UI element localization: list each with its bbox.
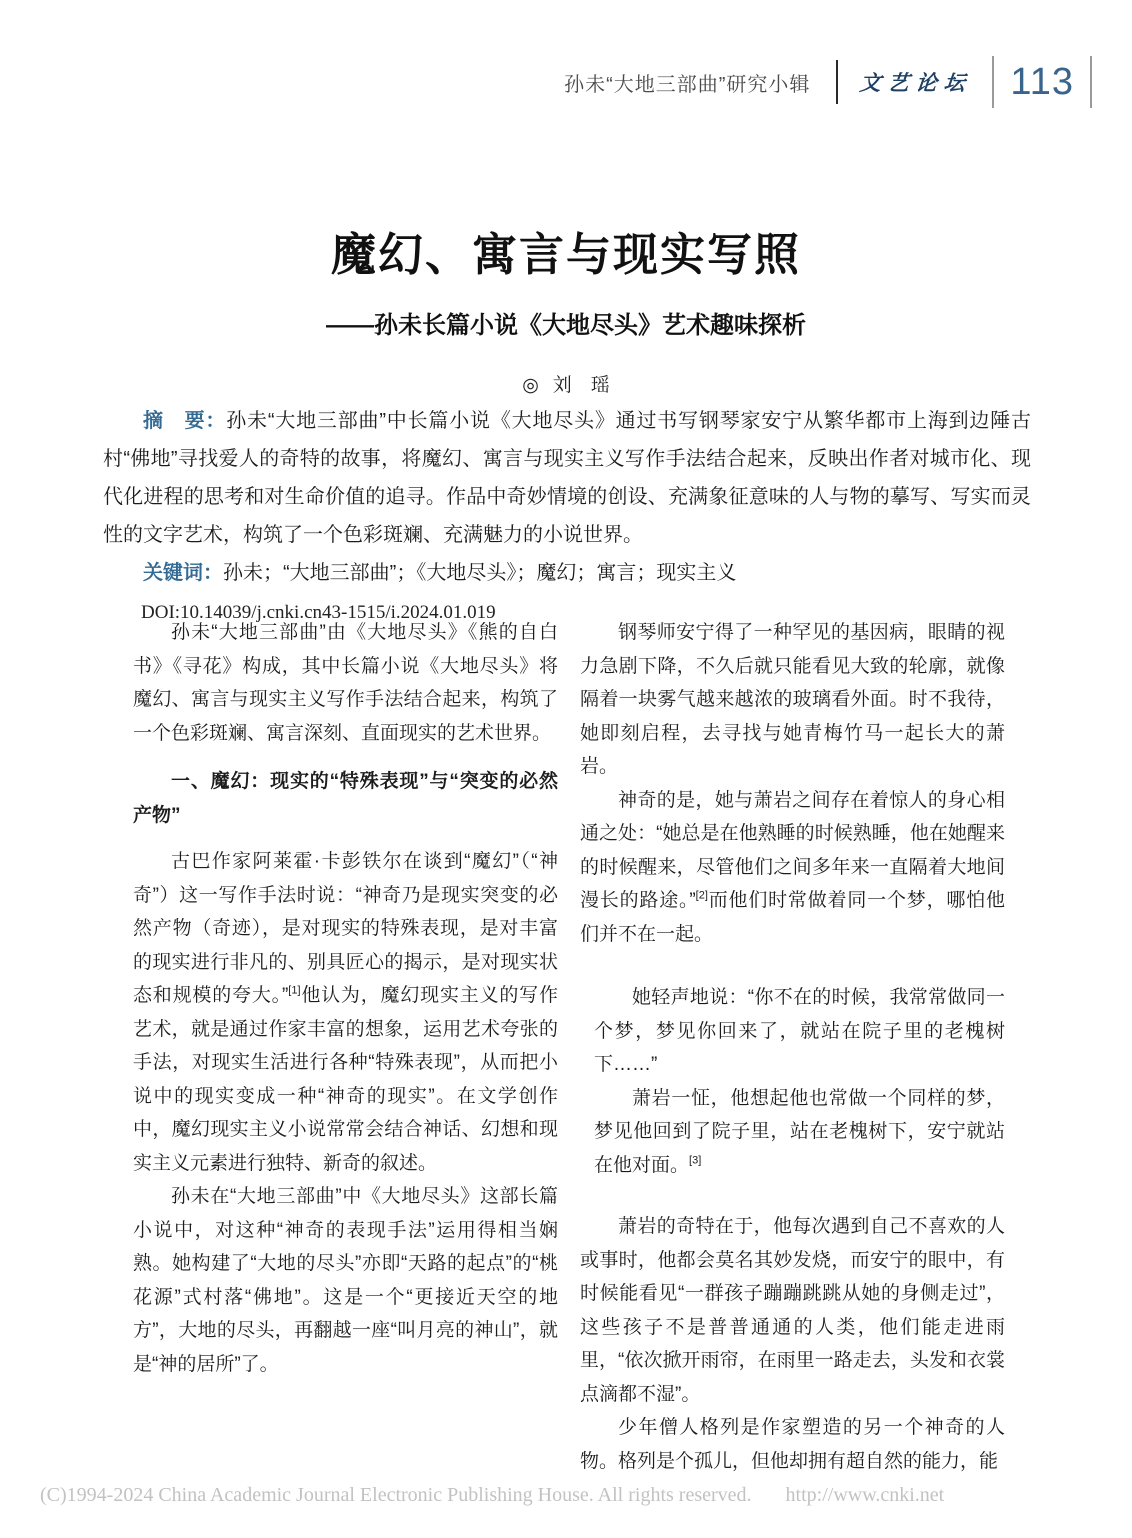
copyright-footer: (C)1994-2024 China Academic Journal Elec…	[40, 1484, 1100, 1507]
right-column: 钢琴师安宁得了一种罕见的基因病，眼睛的视力急剧下降，不久后就只能看见大致的轮廓，…	[580, 616, 1005, 1478]
paragraph-text: 萧岩一怔，他想起他也常做一个同样的梦，梦见他回到了院子里，站在老槐树下，安宁就站…	[594, 1088, 1005, 1176]
abstract-label: 摘 要：	[143, 410, 226, 432]
page-number: 113	[1010, 61, 1074, 104]
author-mark-icon: ◎	[522, 375, 539, 396]
abstract-text: 孙未“大地三部曲”中长篇小说《大地尽头》通过书写钢琴家安宁从繁华都市上海到边陲古…	[103, 410, 1031, 546]
left-column: 孙未“大地三部曲”由《大地尽头》《熊的自白书》《寻花》构成，其中长篇小说《大地尽…	[133, 616, 558, 1478]
body-paragraph: 钢琴师安宁得了一种罕见的基因病，眼睛的视力急剧下降，不久后就只能看见大致的轮廓，…	[580, 616, 1005, 784]
block-quote: 她轻声地说：“你不在的时候，我常常做同一个梦，梦见你回来了，就站在院子里的老槐树…	[594, 981, 1005, 1182]
title-block: 魔幻、寓言与现实写照 ——孙未长篇小说《大地尽头》艺术趣味探析 ◎刘 瑶	[0, 218, 1132, 397]
article-title: 魔幻、寓言与现实写照	[0, 218, 1132, 283]
abstract-paragraph: 摘 要：孙未“大地三部曲”中长篇小说《大地尽头》通过书写钢琴家安宁从繁华都市上海…	[103, 402, 1031, 554]
citation-ref-1: [1]	[288, 985, 300, 997]
journal-logo-text: 文艺论坛	[859, 67, 974, 97]
body-paragraph: 萧岩的奇特在于，他每次遇到自己不喜欢的人或事时，他都会莫名其妙发烧，而安宁的眼中…	[580, 1210, 1005, 1411]
author-name: 刘 瑶	[553, 375, 610, 396]
header-divider-gray	[992, 56, 994, 108]
body-paragraph: 孙未在“大地三部曲”中《大地尽头》这部长篇小说中，对这种“神奇的表现手法”运用得…	[133, 1180, 558, 1381]
paragraph-text: 古巴作家阿莱霍·卡彭铁尔在谈到“魔幻”（“神奇”）这一写作手法时说：“神奇乃是现…	[133, 851, 558, 1006]
quote-paragraph: 她轻声地说：“你不在的时候，我常常做同一个梦，梦见你回来了，就站在院子里的老槐树…	[594, 981, 1005, 1082]
quote-paragraph: 萧岩一怔，他想起他也常做一个同样的梦，梦见他回到了院子里，站在老槐树下，安宁就站…	[594, 1082, 1005, 1183]
body-paragraph: 少年僧人格列是作家塑造的另一个神奇的人物。格列是个孤儿，但他却拥有超自然的能力，…	[580, 1411, 1005, 1478]
copyright-text: (C)1994-2024 China Academic Journal Elec…	[40, 1484, 752, 1506]
page-header: 孙未“大地三部曲”研究小辑 文艺论坛 113	[564, 58, 1092, 106]
abstract-block: 摘 要：孙未“大地三部曲”中长篇小说《大地尽头》通过书写钢琴家安宁从繁华都市上海…	[103, 402, 1031, 632]
keywords-label: 关键词：	[143, 562, 223, 584]
article-author-line: ◎刘 瑶	[0, 370, 1132, 397]
column-topic-title: 孙未“大地三部曲”研究小辑	[564, 68, 810, 97]
citation-ref-3: [3]	[689, 1154, 701, 1166]
body-paragraph: 古巴作家阿莱霍·卡彭铁尔在谈到“魔幻”（“神奇”）这一写作手法时说：“神奇乃是现…	[133, 845, 558, 1180]
citation-ref-2: [2]	[696, 890, 708, 902]
keywords-text: 孙未；“大地三部曲”；《大地尽头》；魔幻；寓言；现实主义	[223, 562, 736, 584]
body-paragraph: 孙未“大地三部曲”由《大地尽头》《熊的自白书》《寻花》构成，其中长篇小说《大地尽…	[133, 616, 558, 750]
keywords-line: 关键词：孙未；“大地三部曲”；《大地尽头》；魔幻；寓言；现实主义	[103, 554, 1031, 592]
paragraph-text: 他认为，魔幻现实主义的写作艺术，就是通过作家丰富的想象，运用艺术夸张的手法，对现…	[133, 985, 558, 1174]
section-heading-1: 一、魔幻：现实的“特殊表现”与“突变的必然产物”	[133, 765, 558, 832]
header-divider-gray	[1090, 56, 1092, 108]
article-body: 孙未“大地三部曲”由《大地尽头》《熊的自白书》《寻花》构成，其中长篇小说《大地尽…	[133, 616, 1005, 1478]
footer-url: http://www.cnki.net	[786, 1484, 945, 1506]
body-paragraph: 神奇的是，她与萧岩之间存在着惊人的身心相通之处：“她总是在他熟睡的时候熟睡，他在…	[580, 784, 1005, 952]
article-subtitle: ——孙未长篇小说《大地尽头》艺术趣味探析	[0, 305, 1132, 340]
header-divider-dark	[836, 60, 838, 104]
